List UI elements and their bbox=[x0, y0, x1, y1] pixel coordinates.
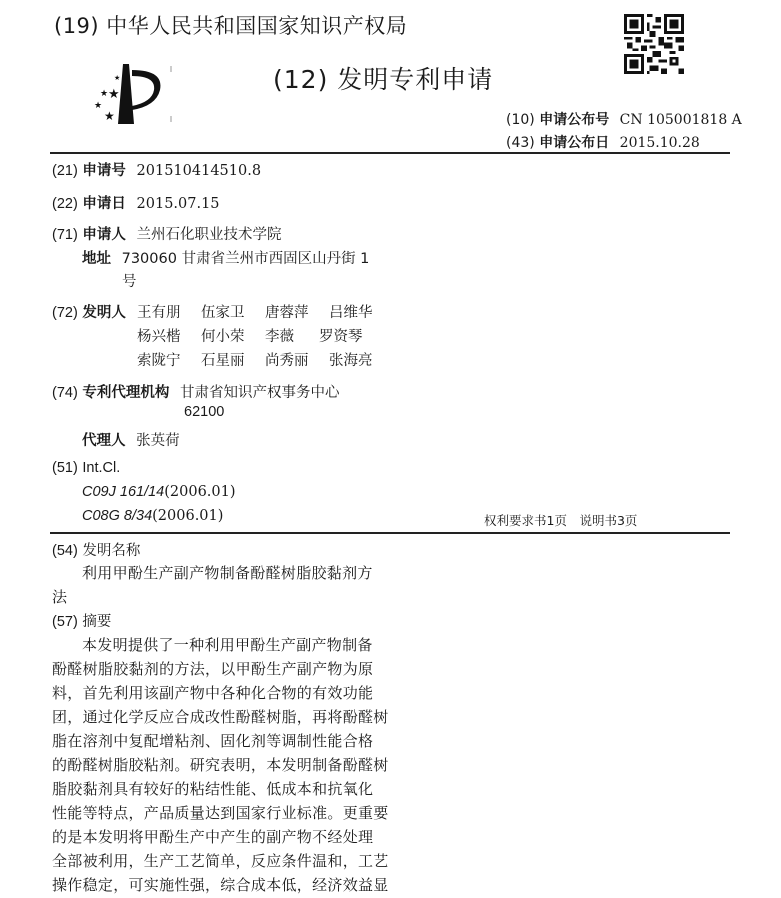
address-value-line1: 730060 甘肃省兰州市西固区山丹街 1 bbox=[122, 251, 370, 267]
publication-date-label: 申请公布日 bbox=[539, 135, 609, 151]
inventors-label: 发明人 bbox=[82, 305, 126, 321]
abstract-line: 全部被利用，生产工艺简单，反应条件温和，工艺 bbox=[52, 850, 389, 871]
invention-title-code: (54) bbox=[52, 543, 78, 559]
agency-code: (74) bbox=[52, 385, 78, 401]
applicant-label: 申请人 bbox=[82, 227, 126, 243]
invention-title-heading: (54) 发明名称 bbox=[52, 539, 140, 560]
abstract-code: (57) bbox=[52, 614, 78, 630]
applicant-value: 兰州石化职业技术学院 bbox=[137, 227, 282, 243]
qr-code-icon bbox=[624, 14, 684, 74]
abstract-heading: (57) 摘要 bbox=[52, 610, 111, 631]
cnipa-logo-icon: ★ ★ ★ ★ ★ bbox=[92, 62, 172, 124]
abstract-line: 的酚醛树脂胶粘剂。研究表明，本发明制备酚醛树 bbox=[52, 754, 389, 775]
applicant-code: (71) bbox=[52, 227, 78, 243]
publication-number-code: (10) bbox=[506, 112, 535, 128]
svg-text:★: ★ bbox=[108, 87, 120, 102]
filing-date-label: 申请日 bbox=[82, 196, 126, 212]
agency-row: (74) 专利代理机构 甘肃省知识产权事务中心 bbox=[52, 381, 340, 402]
filing-date-value: 2015.07.15 bbox=[137, 196, 220, 212]
inventor-name: 伍家卫 bbox=[201, 301, 265, 322]
int-cl-code: (51) bbox=[52, 460, 78, 476]
inventors-row: 王有朋伍家卫唐蓉萍吕维华 bbox=[137, 301, 373, 322]
agent-value: 张英荷 bbox=[136, 433, 180, 449]
ipc-item: C08G 8/34(2006.01) bbox=[82, 508, 223, 524]
abstract-line: 脂胶黏剂具有较好的粘结性能、低成本和抗氧化 bbox=[52, 778, 373, 799]
address-value-line2: 号 bbox=[122, 270, 137, 291]
ipc-version: (2006.01) bbox=[152, 508, 223, 524]
issuing-office: (19) 中华人民共和国国家知识产权局 bbox=[54, 10, 407, 40]
publication-date-code: (43) bbox=[506, 135, 535, 151]
publication-number-label: 申请公布号 bbox=[539, 112, 609, 128]
ipc-item: C09J 161/14(2006.01) bbox=[82, 484, 236, 500]
application-number-value: 201510414510.8 bbox=[137, 163, 262, 179]
svg-text:★: ★ bbox=[94, 101, 102, 111]
address-row: 地址 730060 甘肃省兰州市西固区山丹街 1 bbox=[82, 247, 369, 268]
agency-value: 甘肃省知识产权事务中心 bbox=[180, 385, 340, 401]
filing-date-code: (22) bbox=[52, 196, 78, 212]
application-number-label: 申请号 bbox=[82, 163, 126, 179]
inventor-name: 罗资琴 bbox=[319, 325, 363, 346]
ipc-version: (2006.01) bbox=[164, 484, 235, 500]
inventors-row: 杨兴楷何小荣李薇罗资琴 bbox=[137, 325, 363, 346]
filing-date-row: (22) 申请日 2015.07.15 bbox=[52, 192, 220, 213]
inventors-code: (72) bbox=[52, 305, 78, 321]
publication-number-row: (10) 申请公布号 CN 105001818 A bbox=[506, 109, 742, 129]
publication-date-row: (43) 申请公布日 2015.10.28 bbox=[506, 132, 700, 152]
int-cl-label: Int.Cl. bbox=[82, 460, 120, 476]
application-number-row: (21) 申请号 201510414510.8 bbox=[52, 159, 261, 180]
inventor-name: 李薇 bbox=[265, 325, 319, 346]
inventor-name: 王有朋 bbox=[137, 301, 201, 322]
inventors-row: 索陇宁石星丽尚秀丽张海亮 bbox=[137, 349, 373, 370]
invention-title-label: 发明名称 bbox=[82, 543, 140, 559]
address-label: 地址 bbox=[82, 251, 111, 267]
inventor-name: 吕维华 bbox=[329, 301, 373, 322]
header-divider bbox=[50, 152, 730, 154]
agency-number: 62100 bbox=[184, 404, 224, 420]
int-cl-row: (51) Int.Cl. bbox=[52, 460, 120, 476]
publication-date-value: 2015.10.28 bbox=[620, 135, 700, 151]
applicant-row: (71) 申请人 兰州石化职业技术学院 bbox=[52, 223, 282, 244]
agent-row: 代理人 张英荷 bbox=[82, 429, 180, 450]
inventor-name: 索陇宁 bbox=[137, 349, 201, 370]
agency-number-value: 62100 bbox=[184, 404, 224, 420]
abstract-line: 本发明提供了一种利用甲酚生产副产物制备 bbox=[82, 634, 373, 655]
inventor-name: 尚秀丽 bbox=[265, 349, 329, 370]
invention-title-line2: 法 bbox=[52, 586, 67, 607]
ipc-class: C09J 161/14 bbox=[82, 484, 164, 500]
abstract-line: 酚醛树脂胶黏剂的方法，以甲酚生产副产物为原 bbox=[52, 658, 373, 679]
svg-text:★: ★ bbox=[100, 89, 108, 99]
inventor-name: 唐蓉萍 bbox=[265, 301, 329, 322]
publication-number-value: CN 105001818 A bbox=[620, 112, 742, 128]
svg-text:★: ★ bbox=[104, 109, 115, 123]
agent-label: 代理人 bbox=[82, 433, 126, 449]
abstract-label: 摘要 bbox=[82, 614, 111, 630]
ipc-class: C08G 8/34 bbox=[82, 508, 152, 524]
document-type-title: (12) 发明专利申请 bbox=[273, 60, 493, 96]
abstract-line: 的是本发明将甲酚生产中产生的副产物不经处理 bbox=[52, 826, 373, 847]
svg-text:★: ★ bbox=[114, 74, 120, 82]
abstract-line: 脂在溶剂中复配增粘剂、固化剂等调制性能合格 bbox=[52, 730, 373, 751]
section-divider bbox=[50, 532, 730, 534]
agency-label: 专利代理机构 bbox=[82, 385, 169, 401]
application-number-code: (21) bbox=[52, 163, 78, 179]
abstract-line: 料，首先利用该副产物中各种化合物的有效功能 bbox=[52, 682, 373, 703]
inventor-name: 石星丽 bbox=[201, 349, 265, 370]
page-count: 权利要求书1页 说明书3页 bbox=[484, 511, 637, 529]
abstract-line: 团，通过化学反应合成改性酚醛树脂，再将酚醛树 bbox=[52, 706, 389, 727]
abstract-line: 操作稳定，可实施性强，综合成本低，经济效益显 bbox=[52, 874, 389, 895]
abstract-line: 性能等特点，产品质量达到国家行业标准。更重要 bbox=[52, 802, 389, 823]
invention-title-line1: 利用甲酚生产副产物制备酚醛树脂胶黏剂方 bbox=[82, 562, 373, 583]
inventor-name: 张海亮 bbox=[329, 349, 373, 370]
inventor-name: 杨兴楷 bbox=[137, 325, 201, 346]
inventors-heading: (72) 发明人 bbox=[52, 301, 126, 322]
inventor-name: 何小荣 bbox=[201, 325, 265, 346]
